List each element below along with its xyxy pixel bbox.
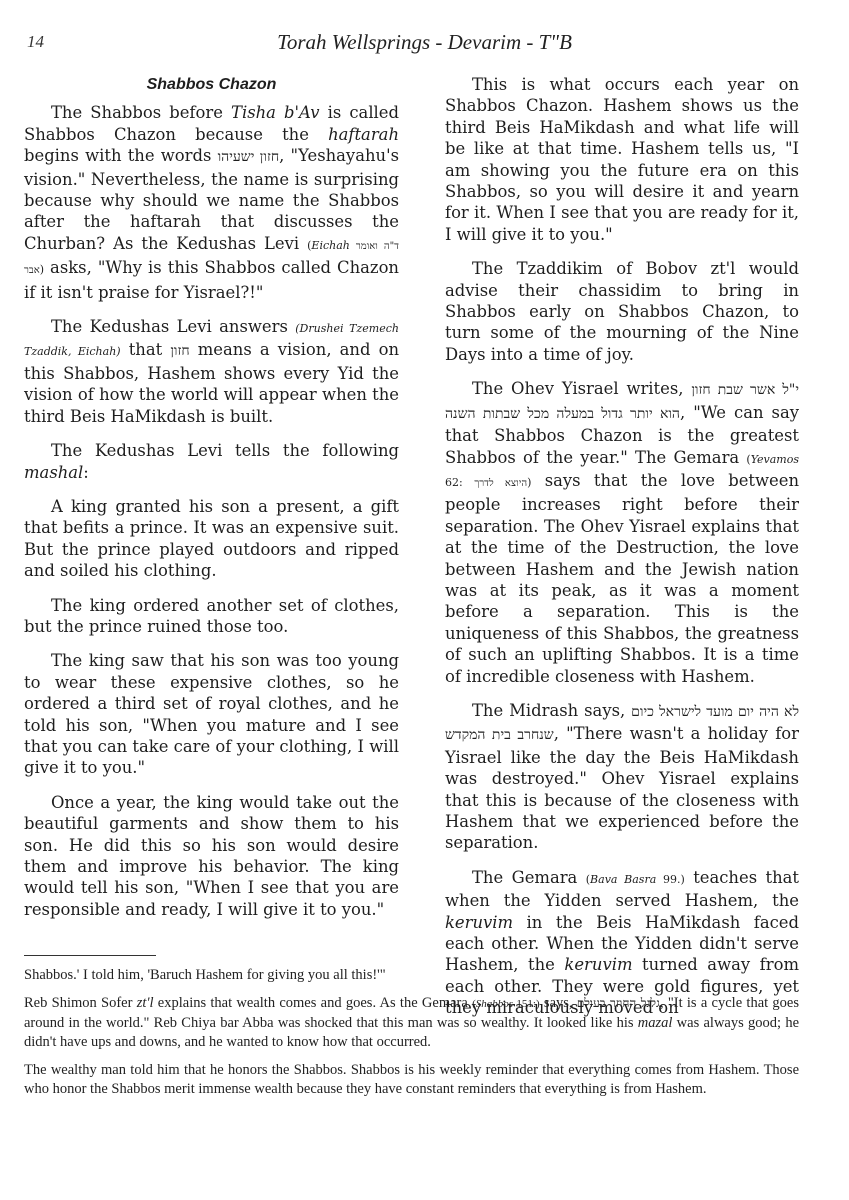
text: says that the love between people increa… bbox=[445, 471, 799, 686]
paragraph: A king granted his son a present, a gift… bbox=[24, 496, 399, 582]
footnotes: Shabbos.' I told him, 'Baruch Hashem for… bbox=[24, 966, 799, 1108]
paragraph: The king saw that his son was too young … bbox=[24, 650, 399, 778]
hebrew-quote: חזון bbox=[170, 343, 189, 359]
italic-term: Tisha b'Av bbox=[231, 103, 319, 122]
text: The Gemara bbox=[472, 868, 586, 887]
left-column: Shabbos Chazon The Shabbos before Tisha … bbox=[24, 74, 399, 933]
paragraph: Once a year, the king would take out the… bbox=[24, 792, 399, 920]
text: says, bbox=[540, 995, 577, 1011]
source-citation: (Bava Basra 99.) bbox=[586, 873, 685, 886]
paragraph: The Kedushas Levi answers (Drushei Tzeme… bbox=[24, 316, 399, 427]
text: The Ohev Yisrael writes, bbox=[472, 379, 691, 398]
paragraph: The Midrash says, לא היה יום מועד לישראל… bbox=[445, 700, 799, 854]
paragraph: The Tzaddikim of Bobov zt'l would advise… bbox=[445, 258, 799, 365]
footnote-paragraph: Reb Shimon Sofer zt'l explains that weal… bbox=[24, 994, 799, 1052]
text: asks, "Why is this Shabbos called Chazon… bbox=[24, 258, 399, 301]
paragraph: The Kedushas Levi tells the following ma… bbox=[24, 440, 399, 483]
italic-term: zt'l bbox=[137, 995, 154, 1011]
text: The Shabbos before bbox=[51, 103, 231, 122]
text: , "There wasn't a holiday for Yisrael li… bbox=[445, 724, 799, 852]
italic-term: keruvim bbox=[445, 913, 513, 932]
page-header: 14 Torah Wellsprings - Devarim - T"B bbox=[0, 30, 849, 56]
source-citation: (Shabbos 151:) bbox=[472, 998, 540, 1010]
right-column: This is what occurs each year on Shabbos… bbox=[445, 74, 799, 1032]
italic-term: mashal bbox=[24, 463, 83, 482]
italic-term: mazal bbox=[638, 1015, 673, 1031]
italic-term: haftarah bbox=[328, 125, 399, 144]
paragraph: The Ohev Yisrael writes, י"ל אשר שבת חזו… bbox=[445, 378, 799, 687]
text: begins with the words bbox=[24, 146, 218, 165]
text: The Midrash says, bbox=[472, 701, 631, 720]
text: explains that wealth comes and goes. As … bbox=[154, 995, 473, 1011]
running-title: Torah Wellsprings - Devarim - T"B bbox=[0, 30, 849, 55]
paragraph: This is what occurs each year on Shabbos… bbox=[445, 74, 799, 245]
section-heading: Shabbos Chazon bbox=[24, 74, 399, 95]
text: Reb Shimon Sofer bbox=[24, 995, 137, 1011]
paragraph: The king ordered another set of clothes,… bbox=[24, 595, 399, 638]
footnote-paragraph: Shabbos.' I told him, 'Baruch Hashem for… bbox=[24, 966, 799, 985]
text: that bbox=[121, 340, 171, 359]
hebrew-quote: חזון ישעיהו bbox=[218, 149, 280, 165]
footnote-paragraph: The wealthy man told him that he honors … bbox=[24, 1061, 799, 1099]
text: The Kedushas Levi answers bbox=[51, 317, 295, 336]
footnote-divider bbox=[24, 955, 156, 956]
paragraph: The Shabbos before Tisha b'Av is called … bbox=[24, 102, 399, 303]
text: The Kedushas Levi tells the following bbox=[51, 441, 399, 460]
text: : bbox=[83, 463, 89, 482]
hebrew-quote: גלגל החוזר בעולם bbox=[577, 996, 660, 1010]
